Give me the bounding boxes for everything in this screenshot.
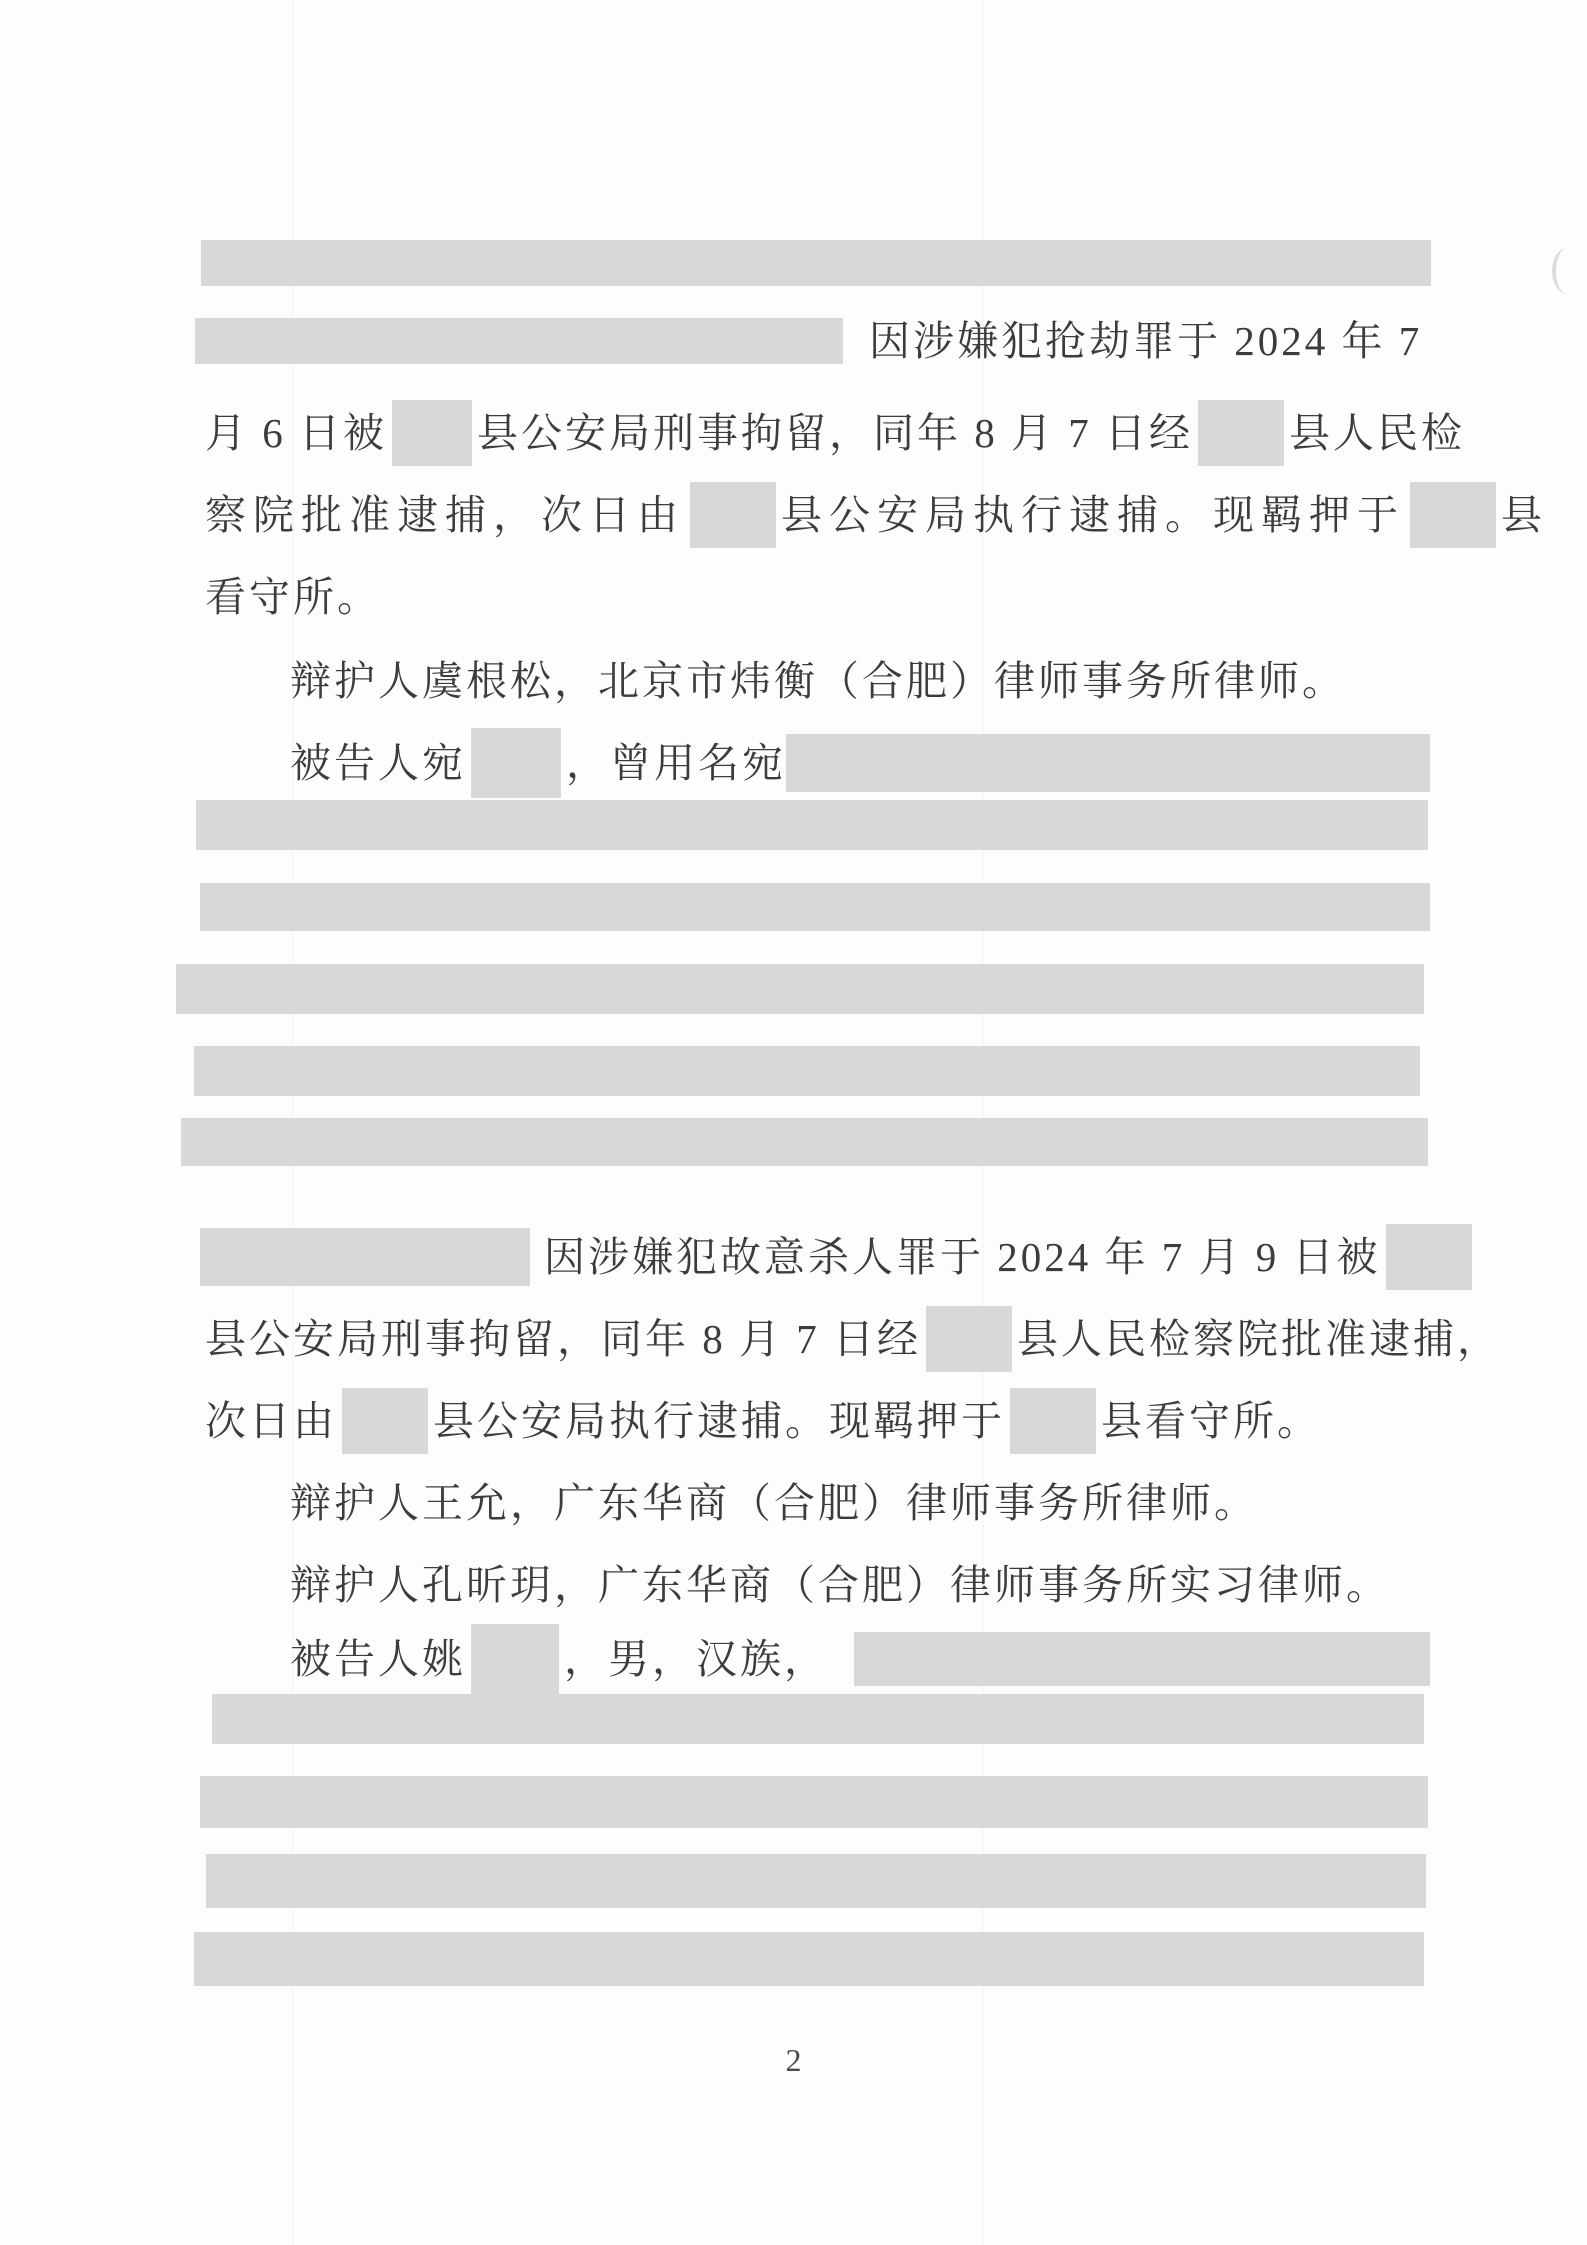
defendant-name-pre: 被告人姚 xyxy=(290,1628,466,1690)
arrest-text-pre: 察院批准逮捕，次日由 xyxy=(205,484,685,546)
detention-text-end: 县人民检察院批准逮捕， xyxy=(1017,1308,1501,1370)
defendant-name-pre: 被告人宛 xyxy=(290,732,466,794)
detention-text-pre: 县公安局刑事拘留，同年 8 月 7 日经 xyxy=(205,1308,921,1370)
redaction-bar xyxy=(201,240,1431,286)
scanned-court-document-page: 因涉嫌犯抢劫罪于 2024 年 7 月 6 日被 县公安局刑事拘留，同年 8 月… xyxy=(0,0,1587,2245)
redaction-bar xyxy=(200,883,1430,931)
page-number: 2 xyxy=(0,2042,1587,2079)
redaction-bar xyxy=(206,1854,1426,1908)
redaction-bar xyxy=(200,1776,1428,1828)
redaction-bar xyxy=(194,1046,1420,1096)
redaction-bar xyxy=(196,800,1428,850)
redaction-box-county xyxy=(1386,1224,1472,1290)
redaction-box-county xyxy=(342,1388,428,1454)
redaction-bar xyxy=(195,318,843,364)
redaction-box-county xyxy=(1198,400,1284,466)
charge-line-robbery: 因涉嫌犯抢劫罪于 2024 年 7 xyxy=(195,310,1440,372)
redaction-bar xyxy=(212,1694,1424,1744)
redaction-bar xyxy=(854,1632,1430,1686)
detention-line-homicide: 县公安局刑事拘留，同年 8 月 7 日经 县人民检察院批准逮捕， xyxy=(205,1308,1501,1370)
redaction-bar xyxy=(200,1228,530,1286)
redaction-bar xyxy=(181,1118,1428,1166)
defender-line-wangyun: 辩护人王允，广东华商（合肥）律师事务所律师。 xyxy=(290,1472,1258,1534)
defendant-info-text: ，男，汉族， xyxy=(564,1628,828,1690)
redaction-box-county xyxy=(1010,1388,1096,1454)
defendant-line-wan: 被告人宛 ，曾用名宛 xyxy=(290,732,1430,794)
redaction-box-county xyxy=(392,400,472,466)
detention-text-pre: 月 6 日被 xyxy=(205,402,387,464)
custody-line-robbery: 看守所。 xyxy=(205,566,381,628)
detention-text-end: 县人民检 xyxy=(1289,402,1465,464)
defendant-line-yao: 被告人姚 ，男，汉族， xyxy=(290,1628,1430,1690)
redaction-box-name xyxy=(471,1624,559,1694)
defender-text: 辩护人王允，广东华商（合肥）律师事务所律师。 xyxy=(290,1472,1258,1534)
arrest-line-robbery: 察院批准逮捕，次日由 县公安局执行逮捕。现羁押于 县 xyxy=(205,484,1549,546)
charge-text-robbery: 因涉嫌犯抢劫罪于 2024 年 7 xyxy=(869,310,1422,372)
arrest-text-end: 县 xyxy=(1501,484,1549,546)
arrest-text-end: 县看守所。 xyxy=(1101,1390,1321,1452)
detention-text-mid: 县公安局刑事拘留，同年 8 月 7 日经 xyxy=(477,402,1193,464)
arrest-text-pre: 次日由 xyxy=(205,1390,337,1452)
redaction-box-county xyxy=(926,1306,1012,1372)
charge-line-homicide: 因涉嫌犯故意杀人罪于 2024 年 7 月 9 日被 xyxy=(200,1226,1440,1288)
defender-text: 辩护人虞根松，北京市炜衡（合肥）律师事务所律师。 xyxy=(290,650,1346,712)
arrest-line-homicide: 次日由 县公安局执行逮捕。现羁押于 县看守所。 xyxy=(205,1390,1321,1452)
redaction-bar xyxy=(176,964,1424,1014)
arrest-text-mid: 县公安局执行逮捕。现羁押于 xyxy=(433,1390,1005,1452)
arrest-text-mid: 县公安局执行逮捕。现羁押于 xyxy=(781,484,1405,546)
defender-text: 辩护人孔昕玥，广东华商（合肥）律师事务所实习律师。 xyxy=(290,1554,1390,1616)
defender-line-yugensong: 辩护人虞根松，北京市炜衡（合肥）律师事务所律师。 xyxy=(290,650,1346,712)
defender-line-kongxinyue: 辩护人孔昕玥，广东华商（合肥）律师事务所实习律师。 xyxy=(290,1554,1390,1616)
scan-artifact-mark xyxy=(1552,248,1582,294)
redaction-box-name xyxy=(471,728,561,798)
detention-line-robbery: 月 6 日被 县公安局刑事拘留，同年 8 月 7 日经 县人民检 xyxy=(205,402,1465,464)
redaction-bar xyxy=(786,734,1430,792)
custody-text: 看守所。 xyxy=(205,566,381,628)
redaction-bar xyxy=(194,1932,1424,1986)
defendant-alias-text: ，曾用名宛 xyxy=(566,732,786,794)
charge-text-homicide: 因涉嫌犯故意杀人罪于 2024 年 7 月 9 日被 xyxy=(544,1226,1381,1288)
redaction-box-county xyxy=(1410,482,1496,548)
redaction-box-county xyxy=(690,482,776,548)
